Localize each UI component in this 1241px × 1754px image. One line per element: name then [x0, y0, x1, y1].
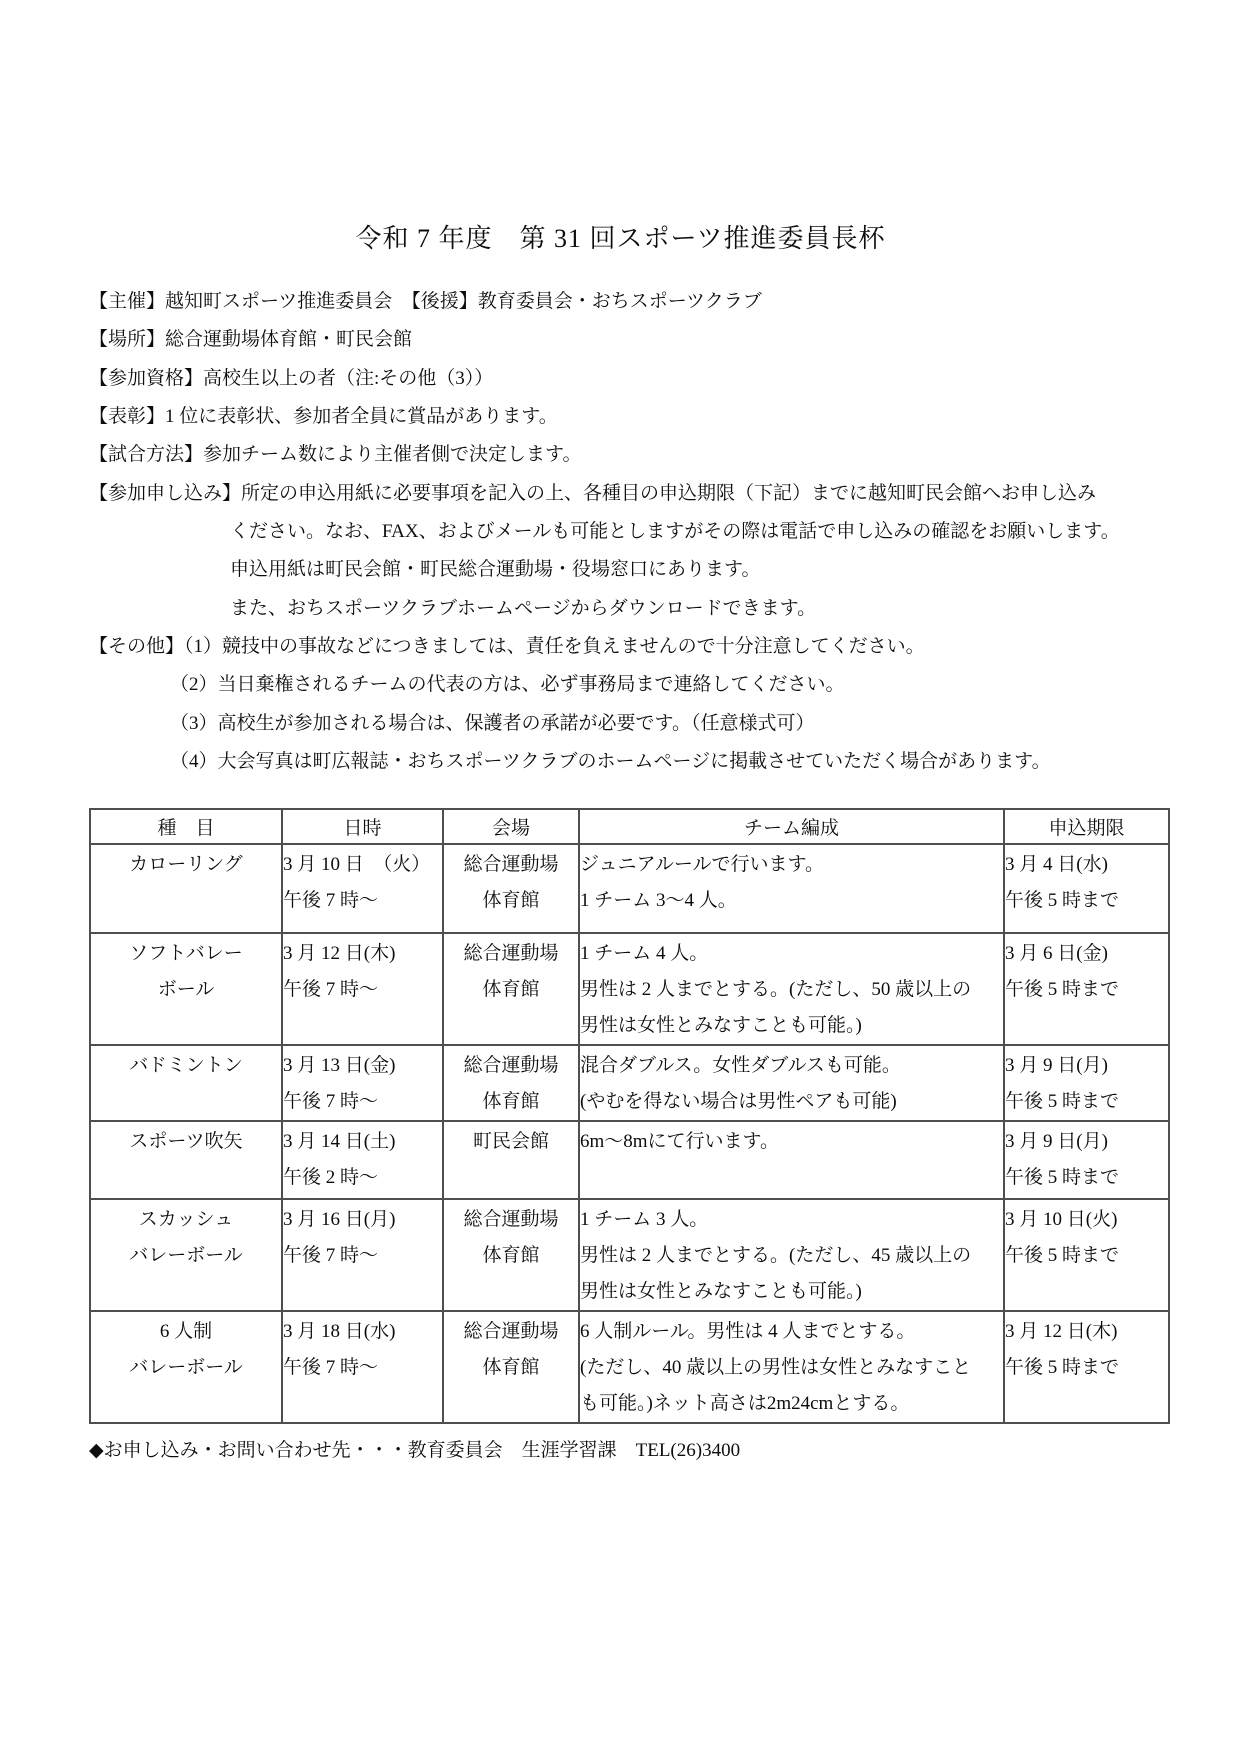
- page-title: 令和 7 年度 第 31 回スポーツ推進委員長杯: [0, 224, 1241, 254]
- header-datetime: 日時: [282, 809, 443, 844]
- table-row: 6 人制 バレーボール 3 月 18 日(水) 午後 7 時～ 総合運動場 体育…: [90, 1311, 1169, 1423]
- info-line-other-4: （4）大会写真は町広報誌・おちスポーツクラブのホームページに掲載させていただく場…: [170, 749, 1051, 775]
- info-line-organizer: 【主催】越知町スポーツ推進委員会 【後援】教育委員会・おちスポーツクラブ: [89, 289, 762, 315]
- cell-event: バドミントン: [90, 1045, 282, 1121]
- info-line-other-2: （2）当日棄権されるチームの代表の方は、必ず事務局まで連絡してください。: [170, 672, 845, 698]
- cell-deadline: 3 月 9 日(月) 午後 5 時まで: [1004, 1045, 1169, 1121]
- cell-team: ジュニアルールで行います。 1 チーム 3～4 人。: [579, 844, 1004, 933]
- table-header-row: 種 目 日時 会場 チーム編成 申込期限: [90, 809, 1169, 844]
- cell-event: カローリング: [90, 844, 282, 933]
- cell-team: 1 チーム 4 人。 男性は 2 人までとする。(ただし、50 歳以上の 男性は…: [579, 933, 1004, 1045]
- info-line-place: 【場所】総合運動場体育館・町民会館: [89, 327, 412, 353]
- cell-datetime: 3 月 10 日 （火） 午後 7 時～: [282, 844, 443, 933]
- cell-venue: 総合運動場 体育館: [443, 933, 579, 1045]
- info-line-application-cont-1: ください。なお、FAX、およびメールも可能としますがその際は電話で申し込みの確認…: [230, 519, 1120, 545]
- header-event: 種 目: [90, 809, 282, 844]
- cell-event: 6 人制 バレーボール: [90, 1311, 282, 1423]
- document-page: 令和 7 年度 第 31 回スポーツ推進委員長杯 【主催】越知町スポーツ推進委員…: [0, 0, 1241, 1754]
- info-line-format: 【試合方法】参加チーム数により主催者側で決定します。: [89, 442, 581, 468]
- cell-team: 6m～8mにて行います。: [579, 1121, 1004, 1199]
- cell-datetime: 3 月 13 日(金) 午後 7 時～: [282, 1045, 443, 1121]
- cell-deadline: 3 月 12 日(木) 午後 5 時まで: [1004, 1311, 1169, 1423]
- footer-contact: ◆お申し込み・お問い合わせ先・・・教育委員会 生涯学習課 TEL(26)3400: [89, 1435, 740, 1462]
- header-venue: 会場: [443, 809, 579, 844]
- cell-team: 混合ダブルス。女性ダブルスも可能。 (やむを得ない場合は男性ペアも可能): [579, 1045, 1004, 1121]
- cell-event: スカッシュ バレーボール: [90, 1199, 282, 1311]
- info-line-other-1: 【その他】（1）競技中の事故などにつきましては、責任を負えませんので十分注意して…: [89, 634, 925, 660]
- schedule-table: 種 目 日時 会場 チーム編成 申込期限 カローリング 3 月 10 日 （火）…: [89, 808, 1170, 1424]
- cell-event: スポーツ吹矢: [90, 1121, 282, 1199]
- cell-datetime: 3 月 18 日(水) 午後 7 時～: [282, 1311, 443, 1423]
- table-row: バドミントン 3 月 13 日(金) 午後 7 時～ 総合運動場 体育館 混合ダ…: [90, 1045, 1169, 1121]
- cell-venue: 総合運動場 体育館: [443, 1311, 579, 1423]
- cell-venue: 町民会館: [443, 1121, 579, 1199]
- info-line-application-cont-2: 申込用紙は町民会館・町民総合運動場・役場窓口にあります。: [230, 557, 760, 583]
- cell-deadline: 3 月 10 日(火) 午後 5 時まで: [1004, 1199, 1169, 1311]
- info-line-awards: 【表彰】1 位に表彰状、参加者全員に賞品があります。: [89, 404, 558, 430]
- cell-venue: 総合運動場 体育館: [443, 844, 579, 933]
- cell-event: ソフトバレー ボール: [90, 933, 282, 1045]
- cell-venue: 総合運動場 体育館: [443, 1199, 579, 1311]
- table-row: スカッシュ バレーボール 3 月 16 日(月) 午後 7 時～ 総合運動場 体…: [90, 1199, 1169, 1311]
- info-line-eligibility: 【参加資格】高校生以上の者（注:その他（3））: [89, 366, 493, 392]
- cell-team: 1 チーム 3 人。 男性は 2 人までとする。(ただし、45 歳以上の 男性は…: [579, 1199, 1004, 1311]
- cell-deadline: 3 月 9 日(月) 午後 5 時まで: [1004, 1121, 1169, 1199]
- cell-datetime: 3 月 16 日(月) 午後 7 時～: [282, 1199, 443, 1311]
- table-row: ソフトバレー ボール 3 月 12 日(木) 午後 7 時～ 総合運動場 体育館…: [90, 933, 1169, 1045]
- info-line-application-cont-3: また、おちスポーツクラブホームページからダウンロードできます。: [230, 596, 816, 622]
- cell-team: 6 人制ルール。男性は 4 人までとする。 (ただし、40 歳以上の男性は女性と…: [579, 1311, 1004, 1423]
- cell-deadline: 3 月 4 日(水) 午後 5 時まで: [1004, 844, 1169, 933]
- header-team: チーム編成: [579, 809, 1004, 844]
- cell-datetime: 3 月 14 日(土) 午後 2 時～: [282, 1121, 443, 1199]
- info-line-other-3: （3）高校生が参加される場合は、保護者の承諾が必要です。（任意様式可）: [170, 711, 814, 737]
- table-row: カローリング 3 月 10 日 （火） 午後 7 時～ 総合運動場 体育館 ジュ…: [90, 844, 1169, 933]
- cell-datetime: 3 月 12 日(木) 午後 7 時～: [282, 933, 443, 1045]
- cell-deadline: 3 月 6 日(金) 午後 5 時まで: [1004, 933, 1169, 1045]
- table-row: スポーツ吹矢 3 月 14 日(土) 午後 2 時～ 町民会館 6m～8mにて行…: [90, 1121, 1169, 1199]
- info-line-application: 【参加申し込み】所定の申込用紙に必要事項を記入の上、各種目の申込期限（下記）まで…: [89, 481, 1096, 507]
- header-deadline: 申込期限: [1004, 809, 1169, 844]
- cell-venue: 総合運動場 体育館: [443, 1045, 579, 1121]
